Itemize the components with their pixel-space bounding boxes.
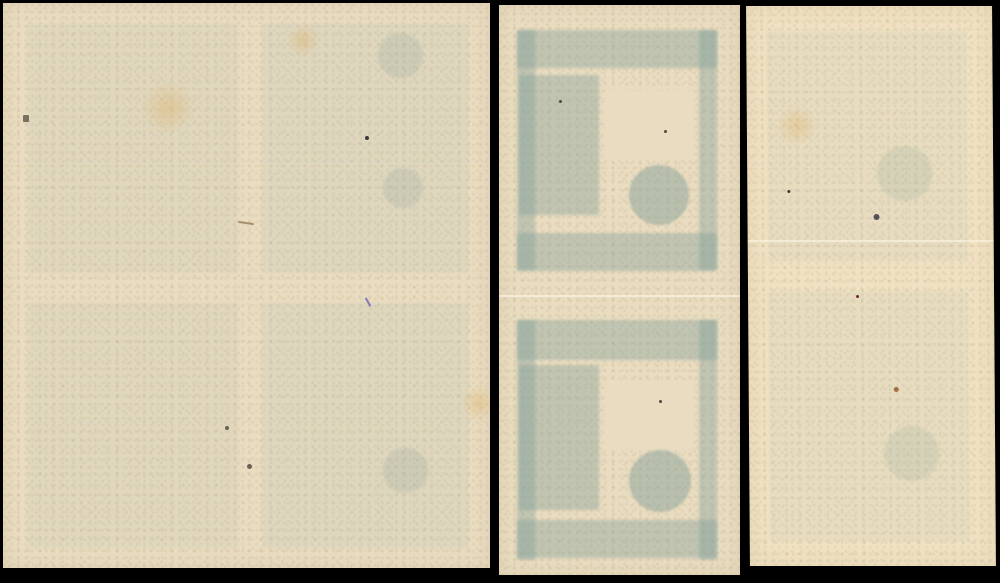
paper-fiber [238,221,254,225]
foxing-stain [777,106,817,146]
stamp-block-of-four [3,3,490,568]
ghost-title-bar [517,320,717,360]
ghost-frame-bottom-left [28,303,238,548]
ghost-frame-top-right [263,23,468,273]
stamp-pair-right [746,6,996,566]
foxing-stain [288,23,318,58]
speck [365,136,369,140]
ghost-frame-bottom [768,291,970,541]
ghost-numeral-circle [629,450,691,512]
ghost-frame-top [766,31,968,261]
speck [873,214,879,220]
ghost-circle [884,426,939,481]
ghost-circle [383,448,428,493]
ghost-circle [877,146,932,201]
ghost-frame-top-left [28,23,238,273]
ghost-numeral-five-bottom [519,365,599,510]
ghost-value-characters [517,233,717,271]
ghost-numeral-five-top [519,75,599,215]
speck [894,387,899,392]
speck [247,464,252,469]
speck [856,295,859,298]
gutter-line [748,240,994,242]
speck [23,115,29,122]
speck [225,426,229,430]
stamp-pair-center [499,5,740,575]
ghost-value-characters [517,520,717,558]
speck [787,190,790,193]
speck [559,100,562,103]
ghost-numeral-gap [604,90,694,160]
ghost-numeral-circle [629,165,689,225]
speck [664,130,667,133]
ghost-circle [378,33,423,78]
ghost-circle [383,168,423,208]
speck [659,400,662,403]
gutter-line [499,295,740,297]
ghost-frame-bottom-right [263,303,468,548]
foxing-stain [463,383,490,423]
foxing-stain [138,83,198,133]
ghost-title-bar [517,30,717,68]
ghost-numeral-gap [604,380,694,450]
